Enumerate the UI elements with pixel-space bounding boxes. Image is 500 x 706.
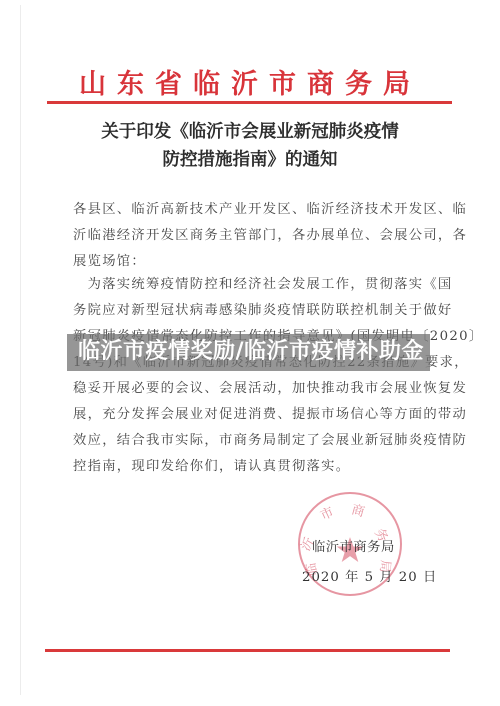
recipients-line: 各县区、临沂高新技术产业开发区、临沂经济技术开发区、临 — [73, 197, 433, 223]
body-line: 为落实统筹疫情防控和经济社会发展工作，贯彻落实《国 — [73, 272, 433, 298]
org-header: 山东省临沂市商务局 — [48, 68, 452, 102]
signature-date: 2020 年 5 月 20 日 — [302, 566, 437, 585]
body-line: 稳妥开展必要的会议、会展活动，加快推动我市会展业恢复发 — [73, 376, 433, 402]
header-rule — [47, 101, 452, 104]
overlay-title: 临沂市疫情奖励/临沂市疫情补助金 — [78, 336, 424, 368]
footer-rule — [45, 649, 450, 652]
recipients-line: 沂临港经济开发区商务主管部门，各办展单位、会展公司，各 — [73, 223, 433, 249]
title-line: 关于印发《临沂市会展业新冠肺炎疫情 — [40, 118, 460, 146]
body-line: 效应，结合我市实际，市商务局制定了会展业新冠肺炎疫情防 — [73, 428, 433, 454]
body-line: 展，充分发挥会展业对促进消费、提振市场信心等方面的带动 — [73, 402, 433, 428]
title-line: 防控措施指南》的通知 — [40, 146, 460, 174]
signature-org: 临沂市商务局 — [312, 536, 395, 555]
page-edge — [20, 5, 21, 695]
document-title: 关于印发《临沂市会展业新冠肺炎疫情 防控措施指南》的通知 — [40, 118, 460, 174]
body-line: 控指南，现印发给你们，请认真贯彻落实。 — [73, 454, 433, 480]
body-paragraph: 为落实统筹疫情防控和经济社会发展工作，贯彻落实《国 务院应对新型冠状病毒感染肺炎… — [73, 272, 433, 480]
recipients: 各县区、临沂高新技术产业开发区、临沂经济技术开发区、临 沂临港经济开发区商务主管… — [73, 197, 433, 275]
body-line: 务院应对新型冠状病毒感染肺炎疫情联防联控机制关于做好 — [73, 298, 433, 324]
